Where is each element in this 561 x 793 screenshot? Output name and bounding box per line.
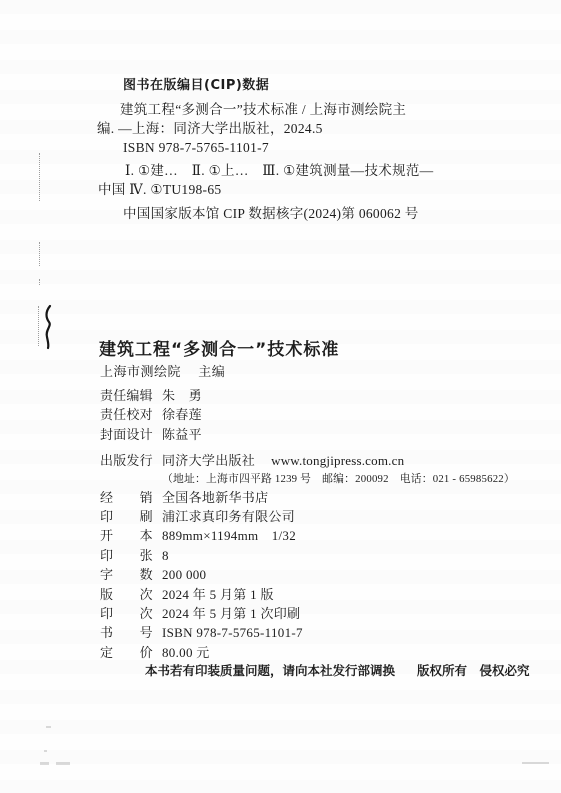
binding-artifact-dotted-line <box>39 279 40 285</box>
copyright-notice-text: 版权所有 侵权必究 <box>417 663 530 678</box>
row-cover-design: 封面设计 陈益平 <box>100 425 520 444</box>
scan-artifact-mark <box>44 750 47 752</box>
row-value: 浦江求真印务有限公司 <box>162 507 295 526</box>
row-value: 朱 勇 <box>162 386 202 405</box>
row-label: 版 次 <box>100 585 154 604</box>
scan-artifact-mark <box>46 726 51 728</box>
row-label: 出版发行 <box>100 451 154 470</box>
row-managing-editor: 责任编辑 朱 勇 <box>100 386 520 405</box>
row-printer: 印 刷 浦江求真印务有限公司 <box>100 507 520 526</box>
row-distributor: 经 销 全国各地新华书店 <box>100 488 520 507</box>
row-publisher: 出版发行 同济大学出版社 www.tongjipress.com.cn <box>100 451 520 470</box>
publisher-website: www.tongjipress.com.cn <box>271 451 404 470</box>
row-value: 全国各地新华书店 <box>162 488 268 507</box>
ink-mark-squiggle <box>41 304 55 350</box>
book-author-line: 上海市测绘院 主编 <box>100 361 225 380</box>
row-label: 印 刷 <box>100 507 154 526</box>
row-value: 889mm×1194mm 1/32 <box>162 526 296 545</box>
scan-artifact-mark <box>56 762 70 765</box>
row-label: 字 数 <box>100 565 154 584</box>
cip-entry-line2: 编. —上海：同济大学出版社，2024.5 <box>97 119 323 138</box>
row-sheets: 印 张 8 <box>100 546 520 565</box>
row-value: 同济大学出版社 <box>162 451 255 470</box>
row-value: 陈益平 <box>162 425 202 444</box>
row-proofreader: 责任校对 徐春莲 <box>100 405 520 424</box>
cip-header: 图书在版编目(CIP)数据 <box>123 74 269 93</box>
row-value: 8 <box>162 546 169 565</box>
row-value: 徐春莲 <box>162 405 202 424</box>
cip-isbn-line: ISBN 978-7-5765-1101-7 <box>123 138 269 157</box>
row-word-count: 字 数 200 000 <box>100 565 520 584</box>
cip-classification-line2: 中国 Ⅳ. ①TU198-65 <box>98 180 221 199</box>
row-label: 书 号 <box>100 623 154 642</box>
row-book-number: 书 号 ISBN 978-7-5765-1101-7 <box>100 623 520 642</box>
row-label: 封面设计 <box>100 425 154 444</box>
row-impression: 印 次 2024 年 5 月第 1 次印刷 <box>100 604 520 623</box>
quality-notice-text: 本书若有印装质量问题，请向本社发行部调换 <box>145 663 395 678</box>
book-copyright-page: 图书在版编目(CIP)数据 建筑工程“多测合一”技术标准 / 上海市测绘院主 编… <box>0 0 561 793</box>
row-label: 经 销 <box>100 488 154 507</box>
scan-artifact-mark <box>522 762 549 764</box>
binding-artifact-dotted-line <box>39 242 40 266</box>
quality-notice: 本书若有印装质量问题，请向本社发行部调换版权所有 侵权必究 <box>145 661 530 679</box>
cip-classification-line1: Ⅰ. ①建… Ⅱ. ①上… Ⅲ. ①建筑测量—技术规范— <box>125 161 433 180</box>
row-edition: 版 次 2024 年 5 月第 1 版 <box>100 585 520 604</box>
row-label: 印 张 <box>100 546 154 565</box>
scan-artifact-mark <box>40 762 49 765</box>
book-title: 建筑工程“多测合一”技术标准 <box>99 335 339 360</box>
row-value: 2024 年 5 月第 1 次印刷 <box>162 604 300 623</box>
row-label: 定 价 <box>100 643 154 662</box>
binding-artifact-dotted-line <box>39 153 40 201</box>
cip-entry-line1: 建筑工程“多测合一”技术标准 / 上海市测绘院主 <box>120 100 406 119</box>
cip-record-number-line: 中国国家版本馆 CIP 数据核字(2024)第 060062 号 <box>123 204 419 223</box>
colophon-rows: 责任编辑 朱 勇 责任校对 徐春莲 封面设计 陈益平 出版发行 同济大学出版社 … <box>100 386 520 662</box>
row-value: 80.00 元 <box>162 643 210 662</box>
row-label: 印 次 <box>100 604 154 623</box>
row-value: 2024 年 5 月第 1 版 <box>162 585 274 604</box>
row-format: 开 本 889mm×1194mm 1/32 <box>100 526 520 545</box>
publisher-address-line: （地址：上海市四平路 1239 号 邮编：200092 电话：021 - 659… <box>162 471 520 488</box>
binding-artifact-dotted-line <box>38 306 39 346</box>
row-label: 开 本 <box>100 526 154 545</box>
row-label: 责任编辑 <box>100 386 154 405</box>
row-value: ISBN 978-7-5765-1101-7 <box>162 623 303 642</box>
row-value: 200 000 <box>162 565 206 584</box>
row-price: 定 价 80.00 元 <box>100 643 520 662</box>
row-label: 责任校对 <box>100 405 154 424</box>
